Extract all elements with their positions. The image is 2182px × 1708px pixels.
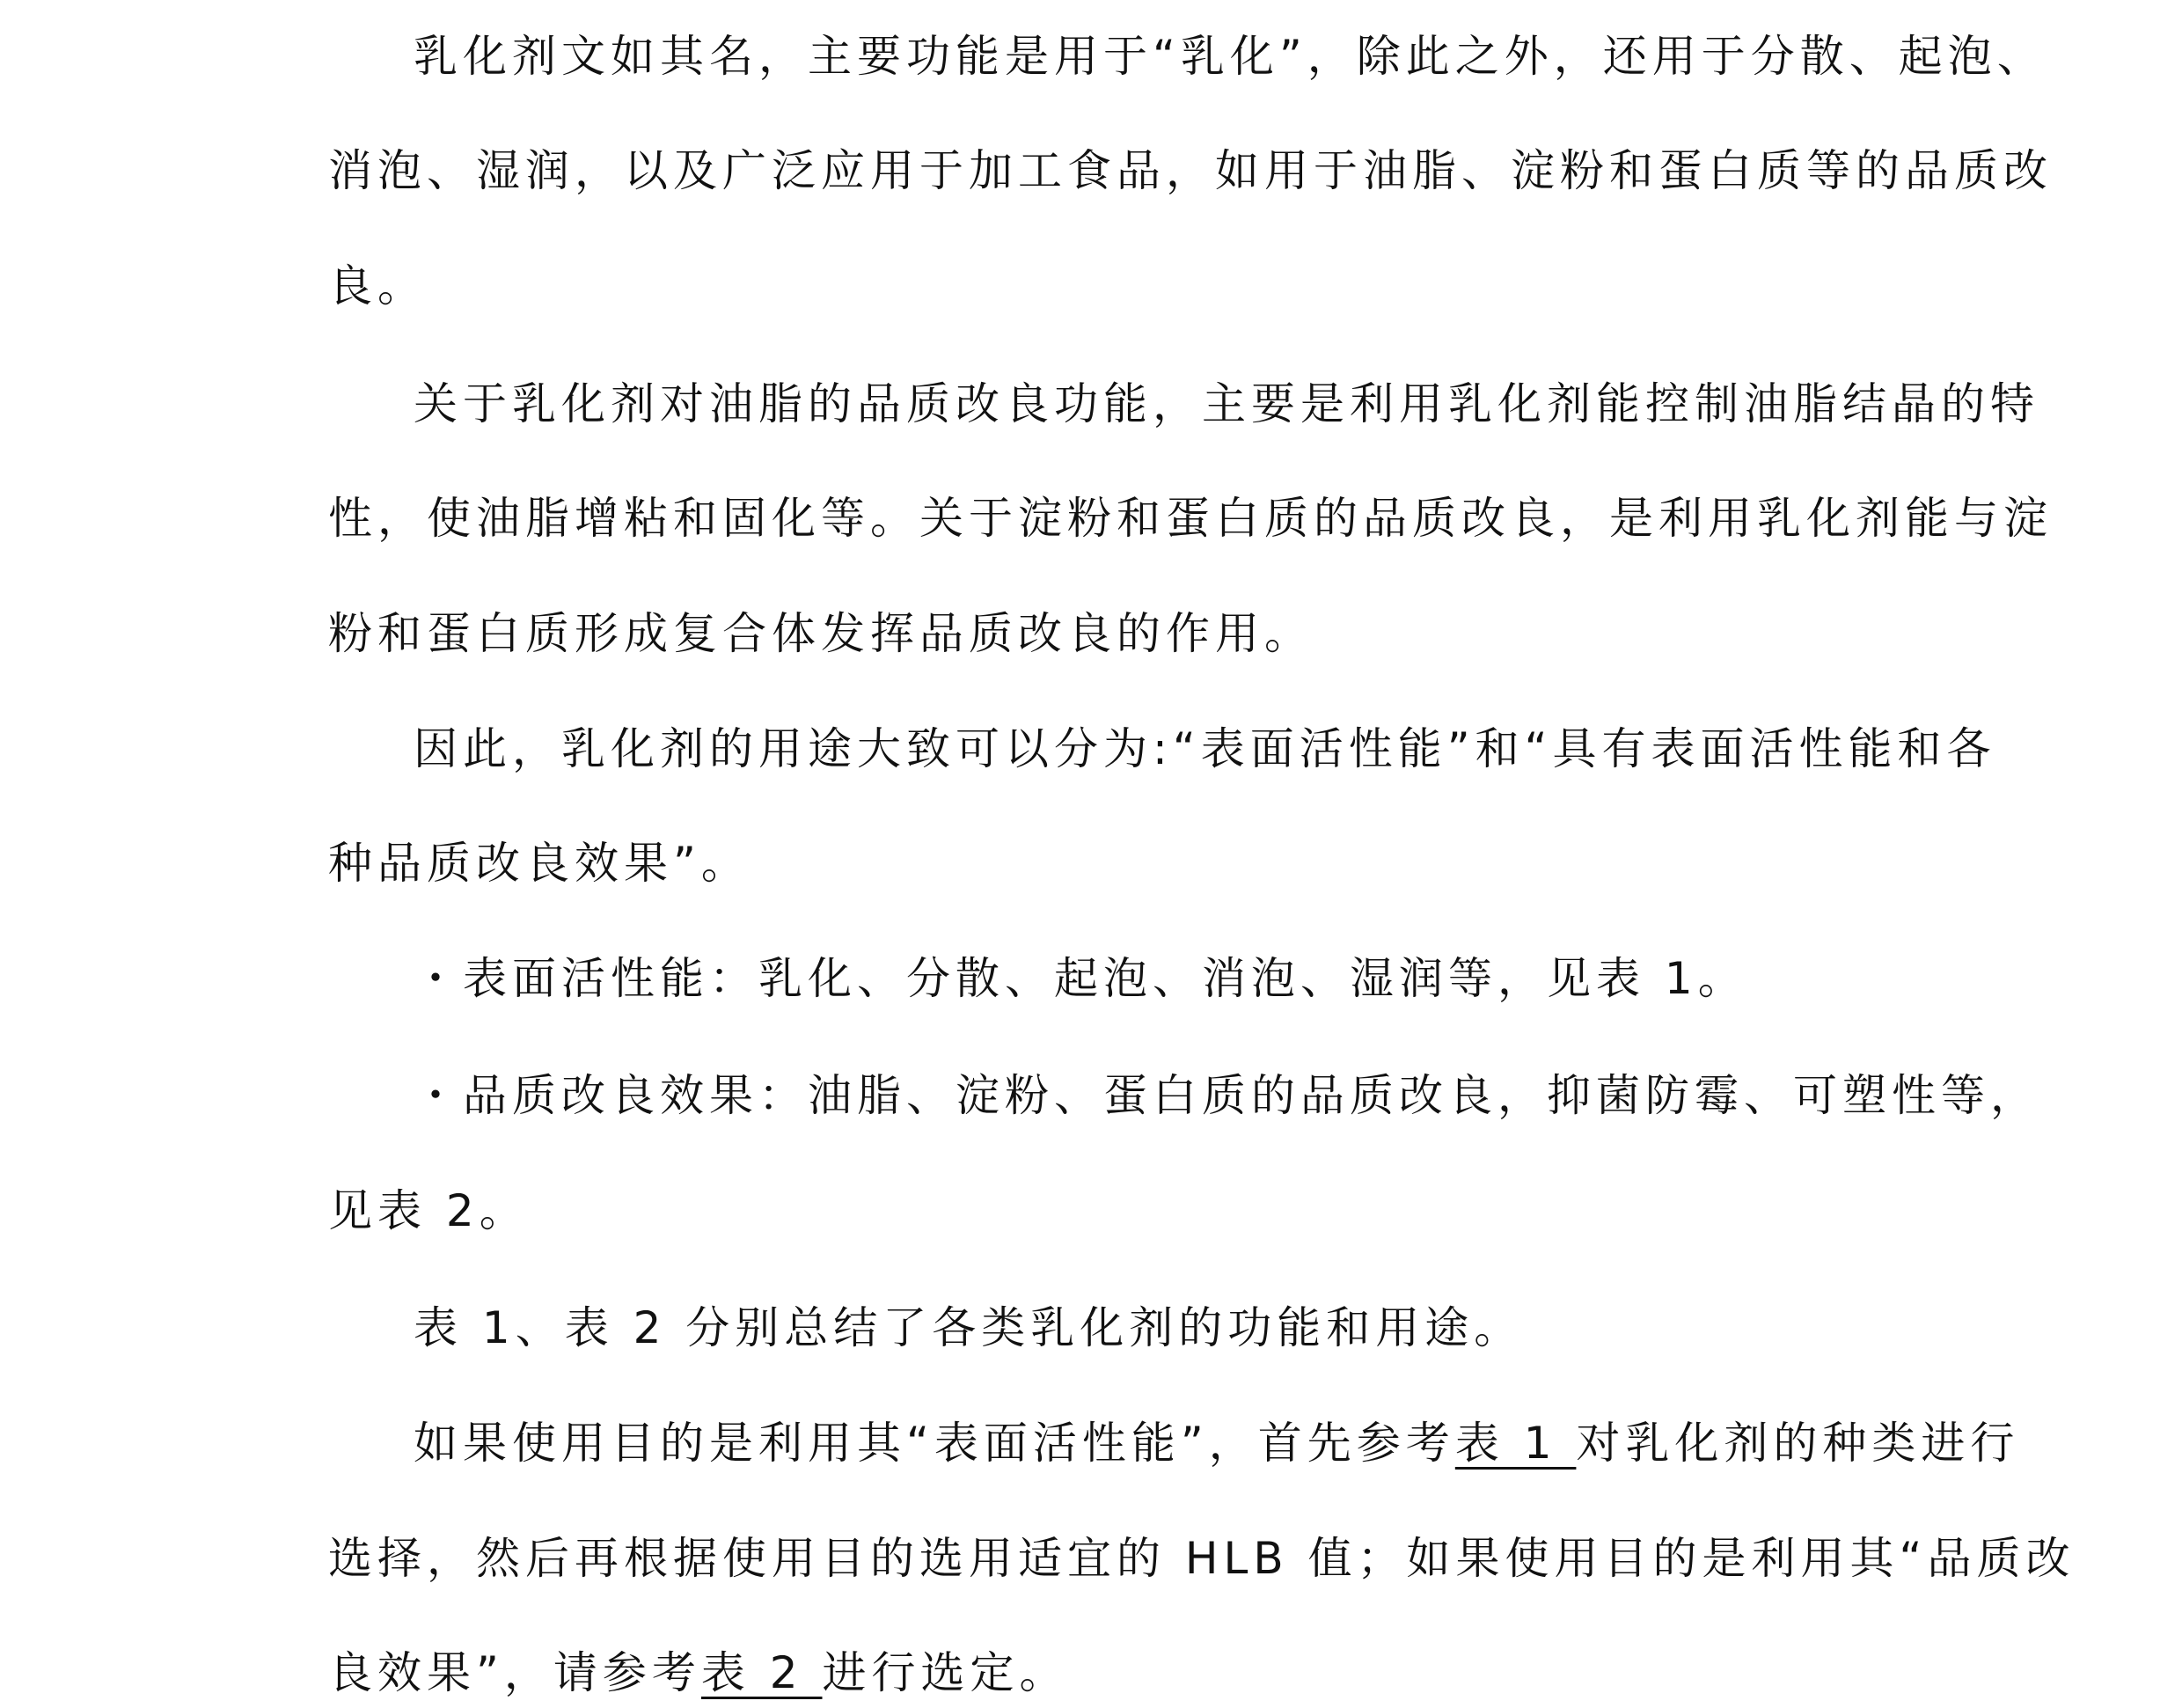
paragraph-2-line-1: 关于乳化剂对油脂的品质改良功能，主要是利用乳化剂能控制油脂结晶的特 [414, 378, 1894, 430]
text-segment: 良效果”，请参考 [328, 1647, 701, 1698]
bullet-surface-activity: ・表面活性能：乳化、分散、起泡、消泡、湿润等，见表 1。 [414, 952, 1894, 1005]
bullet-quality-improvement-line-2: 见表 2。 [328, 1184, 1894, 1237]
paragraph-2-line-2: 性，使油脂增粘和固化等。关于淀粉和蛋白质的品质改良，是利用乳化剂能与淀 [328, 492, 1894, 545]
final-paragraph-line-1: 如果使用目的是利用其“表面活性能”，首先参考表 1 对乳化剂的种类进行 [414, 1417, 1894, 1470]
text-segment: 对乳化剂的种类进行 [1576, 1418, 2019, 1469]
table-2-link[interactable]: 表 2 [701, 1647, 823, 1698]
summary-paragraph: 表 1、表 2 分别总结了各类乳化剂的功能和用途。 [414, 1301, 1894, 1354]
paragraph-1-line-3: 良。 [328, 260, 1894, 312]
paragraph-1-line-1: 乳化剂文如其名，主要功能是用于“乳化”，除此之外，还用于分散、起泡、 [414, 30, 1894, 83]
paragraph-3-line-1: 因此，乳化剂的用途大致可以分为:“表面活性能”和“具有表面活性能和各 [414, 722, 1894, 775]
final-paragraph-line-3: 良效果”，请参考表 2 进行选定。 [328, 1646, 1894, 1699]
text-segment: 如果使用目的是利用其“表面活性能”，首先参考 [414, 1418, 1455, 1469]
text-segment: 进行选定。 [823, 1647, 1069, 1698]
bullet-quality-improvement-line-1: ・品质改良效果：油脂、淀粉、蛋白质的品质改良，抑菌防霉、可塑性等， [414, 1069, 1894, 1122]
table-1-link[interactable]: 表 1 [1455, 1418, 1577, 1469]
paragraph-1-line-2: 消泡、湿润，以及广泛应用于加工食品，如用于油脂、淀粉和蛋白质等的品质改 [328, 144, 1894, 197]
paragraph-2-line-3: 粉和蛋白质形成复合体发挥品质改良的作用。 [328, 607, 1894, 660]
paragraph-3-line-2: 种品质改良效果”。 [328, 837, 1894, 890]
final-paragraph-line-2: 选择，然后再根据使用目的选用适宜的 HLB 值；如果使用目的是利用其“品质改 [328, 1532, 1894, 1585]
